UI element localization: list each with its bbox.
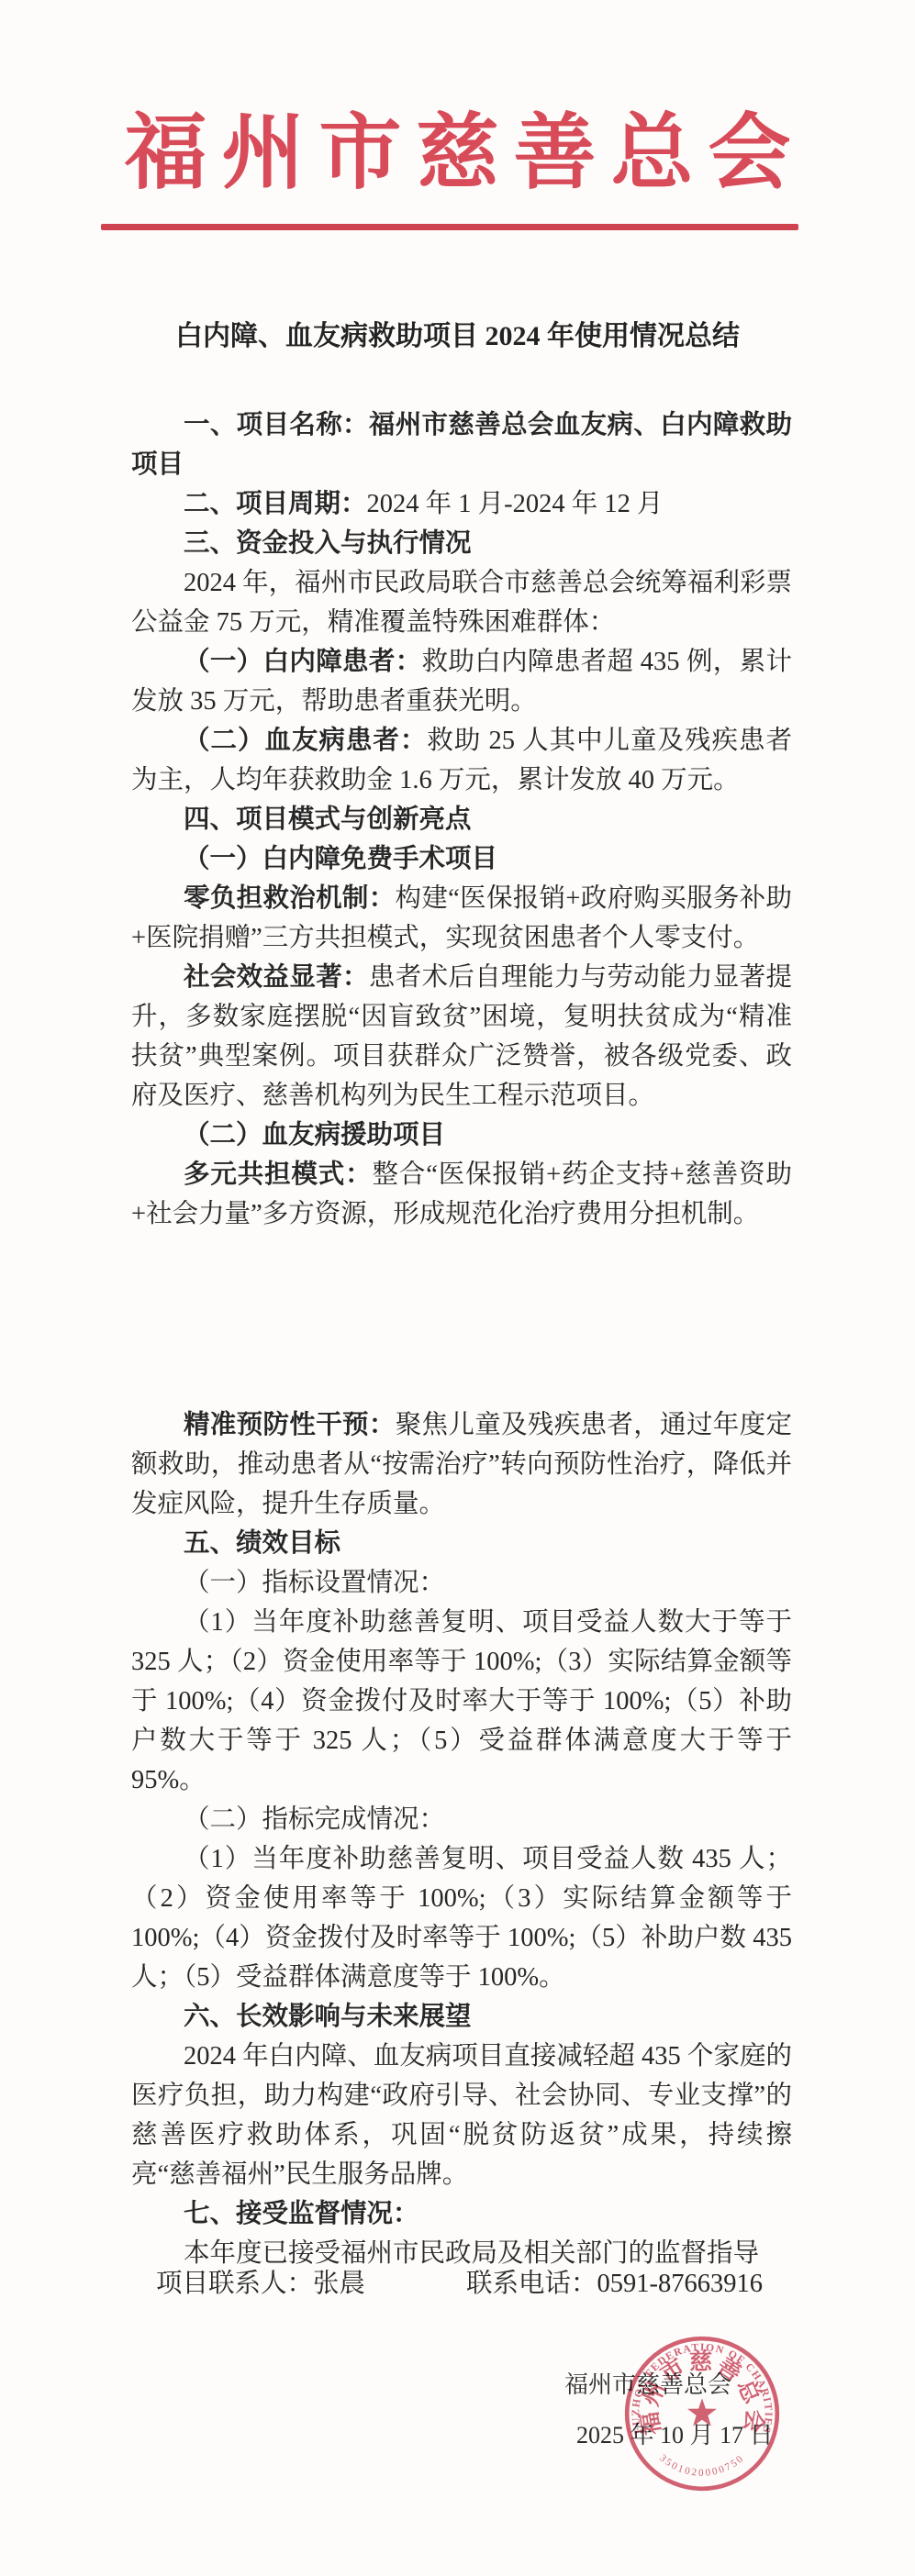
seal-code-text: 3501020000750 — [657, 2452, 747, 2478]
text-run: 四、项目模式与创新亮点 — [184, 805, 472, 834]
text-run: 一、项目名称：福州市慈善总会血友病、白内障救助项目 — [131, 411, 792, 479]
paragraph: 七、接受监督情况： — [131, 2194, 792, 2234]
paragraph: （1）当年度补助慈善复明、项目受益人数大于等于 325 人；（2）资金使用率等于… — [131, 1603, 792, 1800]
paragraph: 多元共担模式：整合“医保报销+药企支持+慈善资助+社会力量”多方资源，形成规范化… — [131, 1155, 792, 1234]
paragraph: 2024 年，福州市民政局联合市慈善总会统筹福利彩票公益金 75 万元，精准覆盖… — [131, 563, 792, 642]
text-run: 二、项目周期： — [184, 490, 367, 518]
text-run: 2024 年白内障、血友病项目直接减轻超 435 个家庭的医疗负担，助力构建“政… — [131, 2042, 792, 2189]
paragraph: 精准预防性干预：聚焦儿童及残疾患者，通过年度定额救助，推动患者从“按需治疗”转向… — [131, 1405, 792, 1524]
text-run: （1）当年度补助慈善复明、项目受益人数大于等于 325 人；（2）资金使用率等于… — [131, 1608, 792, 1794]
text-run: （二）指标完成情况： — [184, 1805, 445, 1834]
paragraph: （1）当年度补助慈善复明、项目受益人数 435 人；（2）资金使用率等于 100… — [131, 1839, 792, 1997]
contact-line: 项目联系人：张晨联系电话：0591-87663916 — [156, 2265, 763, 2304]
paragraph: （一）指标设置情况： — [131, 1563, 792, 1603]
letterhead-divider — [101, 224, 798, 230]
text-run: 2024 年 1 月-2024 年 12 月 — [367, 490, 664, 518]
paragraph: 五、绩效目标 — [131, 1524, 792, 1563]
page1-body: 一、项目名称：福州市慈善总会血友病、白内障救助项目二、项目周期：2024 年 1… — [131, 405, 792, 1234]
text-run: （1）当年度补助慈善复明、项目受益人数 435 人；（2）资金使用率等于 100… — [131, 1845, 792, 1992]
paragraph: （二）血友病患者：救助 25 人其中儿童及残疾患者为主，人均年获救助金 1.6 … — [131, 721, 792, 800]
text-run: （二）血友病患者： — [184, 727, 427, 755]
text-run: 2024 年，福州市民政局联合市慈善总会统筹福利彩票公益金 75 万元，精准覆盖… — [131, 569, 792, 637]
text-run: 三、资金投入与执行情况 — [184, 529, 472, 558]
page2-body: 精准预防性干预：聚焦儿童及残疾患者，通过年度定额救助，推动患者从“按需治疗”转向… — [131, 1405, 792, 2273]
text-run: （二）血友病援助项目 — [184, 1121, 445, 1149]
text-run: 社会效益显著： — [184, 963, 369, 992]
scanned-document-page: 福州市慈善总会 白内障、血友病救助项目 2024 年使用情况总结 一、项目名称：… — [0, 0, 915, 2576]
paragraph: 二、项目周期：2024 年 1 月-2024 年 12 月 — [131, 484, 792, 524]
paragraph: （一）白内障患者：救助白内障患者超 435 例，累计发放 35 万元，帮助患者重… — [131, 642, 792, 721]
paragraph: （一）白内障免费手术项目 — [131, 839, 792, 879]
paragraph: （二）指标完成情况： — [131, 1800, 792, 1839]
text-run: （一）白内障免费手术项目 — [184, 845, 497, 873]
text-run: 零负担救治机制： — [184, 884, 396, 913]
text-run: 五、绩效目标 — [184, 1529, 340, 1558]
contact-phone: 联系电话：0591-87663916 — [466, 2270, 763, 2298]
contact-person: 项目联系人：张晨 — [156, 2270, 365, 2298]
paragraph: 社会效益显著：患者术后自理能力与劳动能力显著提升，多数家庭摆脱“因盲致贫”困境，… — [131, 958, 792, 1116]
text-run: 七、接受监督情况： — [184, 2200, 419, 2228]
paragraph: 2024 年白内障、血友病项目直接减轻超 435 个家庭的医疗负担，助力构建“政… — [131, 2037, 792, 2194]
seal-star-icon — [687, 2398, 717, 2426]
paragraph: 四、项目模式与创新亮点 — [131, 800, 792, 839]
letterhead-org-name: 福州市慈善总会 — [0, 108, 915, 201]
text-run: （一）白内障患者： — [184, 648, 422, 676]
text-run: 精准预防性干预： — [184, 1411, 396, 1439]
text-run: 六、长效影响与未来展望 — [184, 2003, 472, 2031]
paragraph: 一、项目名称：福州市慈善总会血友病、白内障救助项目 — [131, 405, 792, 484]
document-title: 白内障、血友病救助项目 2024 年使用情况总结 — [0, 313, 915, 353]
text-run: 多元共担模式： — [184, 1160, 373, 1189]
paragraph: 零负担救治机制：构建“医保报销+政府购买服务补助+医院捐赠”三方共担模式，实现贫… — [131, 879, 792, 958]
paragraph: 三、资金投入与执行情况 — [131, 524, 792, 563]
text-run: 本年度已接受福州市民政局及相关部门的监督指导 — [184, 2239, 759, 2268]
paragraph: （二）血友病援助项目 — [131, 1116, 792, 1155]
text-run: （一）指标设置情况： — [184, 1569, 445, 1597]
paragraph: 六、长效影响与未来展望 — [131, 1997, 792, 2037]
official-seal: FUZHOU FEDERATION OF CHARITIES 福州市慈善总会 3… — [617, 2328, 787, 2499]
